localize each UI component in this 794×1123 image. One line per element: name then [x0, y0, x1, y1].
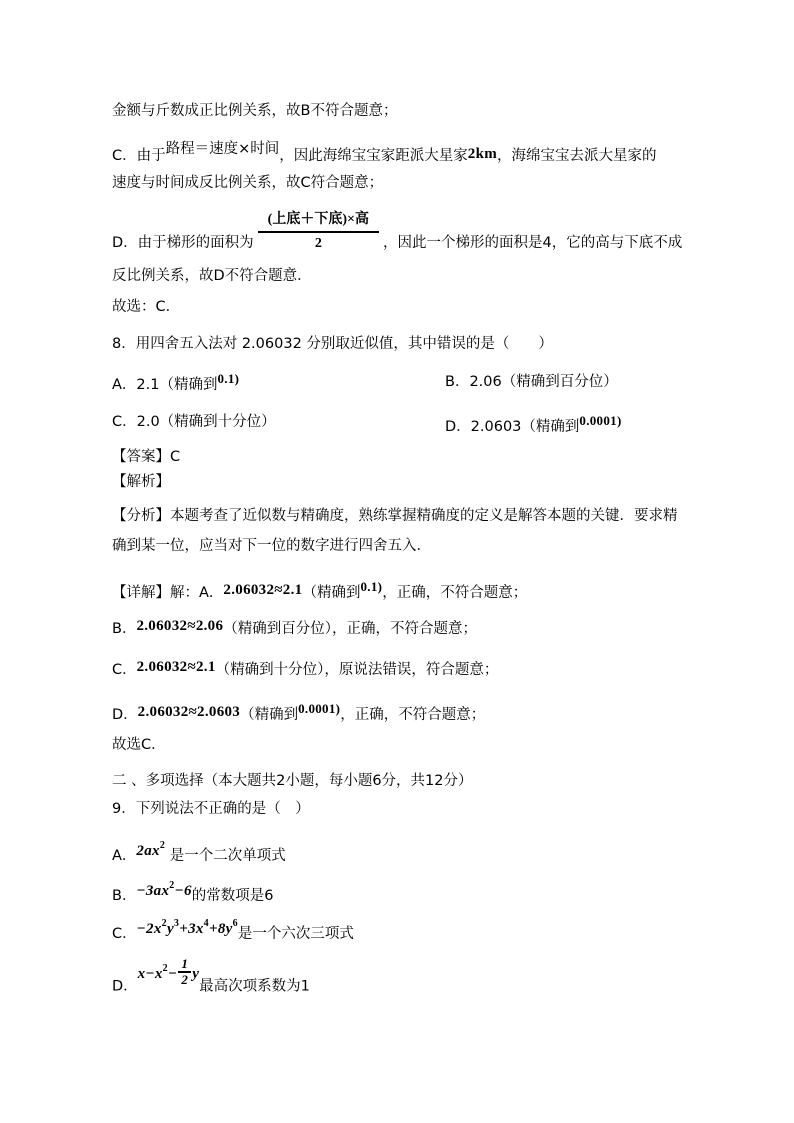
text: 【详解】解：A． — [112, 585, 223, 601]
formula-approx-b: 2.06032≈2.06 — [136, 618, 223, 634]
text: 速度与时间成反比例关系，故C符合题意； — [112, 175, 383, 191]
math-term: 2ax — [136, 843, 159, 859]
q8-analysis-line1: 【分析】本题考查了近似数与精确度，熟练掌握精确度的定义是解答本题的关键．要求精 — [112, 506, 678, 526]
formula-precision-detail-d: 0.0001) — [298, 701, 340, 716]
text: ，因此海绵宝宝家距派大星家 — [279, 148, 468, 164]
formula-approx-a: 2.06032≈2.1 — [223, 582, 302, 598]
fraction-one-half: 12 — [178, 957, 191, 988]
math-term: −2x — [137, 921, 162, 937]
text: 是一个二次单项式 — [170, 848, 286, 864]
fraction-numerator: 1 — [178, 957, 191, 973]
q9-option-b: B．−3ax2−6的常数项是6 — [112, 876, 274, 906]
text: A．2.1（精确到 — [112, 377, 217, 393]
q8-option-c: C．2.0（精确到十分位） — [112, 414, 276, 430]
math-term: +3x — [179, 921, 203, 937]
text: 【解析】 — [112, 474, 170, 490]
document-page: 金额与斤数成正比例关系，故B不符合题意； C．由于路程＝速度×时间，因此海绵宝宝… — [0, 0, 794, 1123]
text: ，正确，不符合题意； — [382, 585, 527, 601]
q8-analysis-line2: 确到某一位，应当对下一位的数字进行四舍五入． — [112, 536, 431, 556]
q8-detail-d: D．2.06032≈2.0603（精确到0.0001)，正确，不符合题意； — [112, 699, 485, 725]
text: 金额与斤数成正比例关系，故B不符合题意； — [112, 103, 397, 119]
q8-answer-line: 【答案】C — [112, 447, 180, 467]
text: D．由于梯形的面积为 — [112, 235, 254, 251]
text: ，正确，不符合题意； — [340, 707, 485, 723]
fraction-denominator: 2 — [258, 233, 379, 254]
fraction-numerator: (上底＋下底)×高 — [258, 210, 379, 233]
text: C．2.0（精确到十分位） — [112, 414, 276, 430]
formula-distance-equation: 路程＝速度×时间 — [166, 141, 280, 157]
text: 是一个六次三项式 — [238, 926, 354, 942]
fraction-denominator: 2 — [178, 973, 191, 987]
text: D．2.0603（精确到 — [445, 419, 579, 435]
text: B． — [112, 621, 136, 637]
text: 9．下列说法不正确的是（ ） — [112, 801, 310, 817]
formula-precision-detail-a: 0.1) — [360, 579, 382, 594]
formula-binomial: −3ax2−6 — [136, 883, 191, 899]
q8-option-b: B．2.06（精确到百分位） — [445, 372, 618, 392]
math-term: +8y — [209, 921, 233, 937]
text: 二 、多项选择（本大题共2小题，每小题6分，共12分） — [112, 773, 473, 789]
formula-approx-c: 2.06032≈2.1 — [137, 659, 216, 675]
math-term: −3ax — [136, 883, 169, 899]
text: ，海绵宝宝去派大星家的 — [497, 148, 657, 164]
answer-value: C — [170, 449, 180, 465]
math-term: x−x — [138, 966, 163, 982]
q8-conclusion: 故选C． — [112, 735, 166, 755]
section-2-header: 二 、多项选择（本大题共2小题，每小题6分，共12分） — [112, 771, 473, 791]
text: ，因此一个梯形的面积是4，它的高与下底不成 — [383, 235, 682, 251]
q8-detail-c: C．2.06032≈2.1（精确到十分位），原说法错误，符合题意； — [112, 657, 498, 680]
text: C． — [112, 662, 137, 678]
option-label: A． — [112, 848, 136, 864]
formula-trinomial: −2x2y3+3x4+8y6 — [137, 921, 238, 937]
math-term: − — [168, 966, 177, 982]
text: （精确到 — [302, 585, 360, 601]
text: 反比例关系，故D不符合题意． — [112, 268, 312, 284]
option-label: D． — [112, 978, 138, 994]
formula-distance-value: 2km — [468, 146, 497, 162]
q9-stem: 9．下列说法不正确的是（ ） — [112, 799, 310, 819]
formula-trapezoid-area-fraction: (上底＋下底)×高2 — [258, 210, 379, 254]
q7-option-b-conclusion: 金额与斤数成正比例关系，故B不符合题意； — [112, 101, 397, 121]
text: （精确到十分位），原说法错误，符合题意； — [216, 662, 499, 678]
text: （精确到百分位），正确，不符合题意； — [223, 621, 477, 637]
text: 故选：C． — [112, 299, 180, 315]
q9-option-d: D．x−x2−12y最高次项系数为1 — [112, 957, 310, 996]
math-term: y — [167, 921, 174, 937]
option-label: C． — [112, 926, 137, 942]
q7-option-d-line1: D．由于梯形的面积为(上底＋下底)×高2，因此一个梯形的面积是4，它的高与下底不… — [112, 210, 682, 254]
q8-options-row-1: A．2.1（精确到0.1) B．2.06（精确到百分位） — [112, 369, 239, 395]
option-label: B． — [112, 888, 136, 904]
q8-option-a: A．2.1（精确到0.1) — [112, 377, 239, 393]
text: D． — [112, 707, 138, 723]
answer-label: 【答案】 — [112, 449, 170, 465]
formula-monomial: 2ax2 — [136, 843, 165, 859]
q9-option-c: C．−2x2y3+3x4+8y6是一个六次三项式 — [112, 914, 354, 944]
text: 【分析】本题考查了近似数与精确度，熟练掌握精确度的定义是解答本题的关键．要求精 — [112, 508, 678, 524]
formula-polynomial-with-fraction: x−x2−12y — [138, 966, 199, 982]
math-term: −6 — [175, 883, 192, 899]
q8-option-d: D．2.0603（精确到0.0001) — [445, 411, 622, 437]
text: 8．用四舍五入法对 2.06032 分别取近似值，其中错误的是（ ） — [112, 336, 553, 352]
q7-option-d-line2: 反比例关系，故D不符合题意． — [112, 266, 312, 286]
formula-precision-d: 0.0001) — [579, 413, 621, 428]
q7-option-c-line1: C．由于路程＝速度×时间，因此海绵宝宝家距派大星家2km，海绵宝宝去派大星家的 — [112, 139, 657, 166]
q8-detail-a: 【详解】解：A．2.06032≈2.1（精确到0.1)，正确，不符合题意； — [112, 577, 527, 603]
text: 确到某一位，应当对下一位的数字进行四舍五入． — [112, 538, 431, 554]
q8-stem: 8．用四舍五入法对 2.06032 分别取近似值，其中错误的是（ ） — [112, 334, 553, 354]
text: 的常数项是6 — [192, 888, 274, 904]
q7-option-c-line2: 速度与时间成反比例关系，故C符合题意； — [112, 173, 383, 193]
math-exponent: 2 — [160, 840, 165, 851]
text: B．2.06（精确到百分位） — [445, 374, 618, 390]
q8-options-row-2: C．2.0（精确到十分位） D．2.0603（精确到0.0001) — [112, 412, 276, 432]
q9-option-a: A．2ax2 是一个二次单项式 — [112, 836, 286, 866]
q7-conclusion: 故选：C． — [112, 297, 180, 317]
text: 最高次项系数为1 — [199, 978, 310, 994]
text: C．由于 — [112, 148, 166, 164]
text: 故选C． — [112, 737, 166, 753]
text: （精确到 — [240, 707, 298, 723]
q8-detail-b: B．2.06032≈2.06（精确到百分位），正确，不符合题意； — [112, 616, 477, 639]
q8-analysis-label: 【解析】 — [112, 472, 170, 492]
formula-precision-a: 0.1) — [217, 371, 239, 386]
formula-approx-d: 2.06032≈2.0603 — [138, 704, 240, 720]
